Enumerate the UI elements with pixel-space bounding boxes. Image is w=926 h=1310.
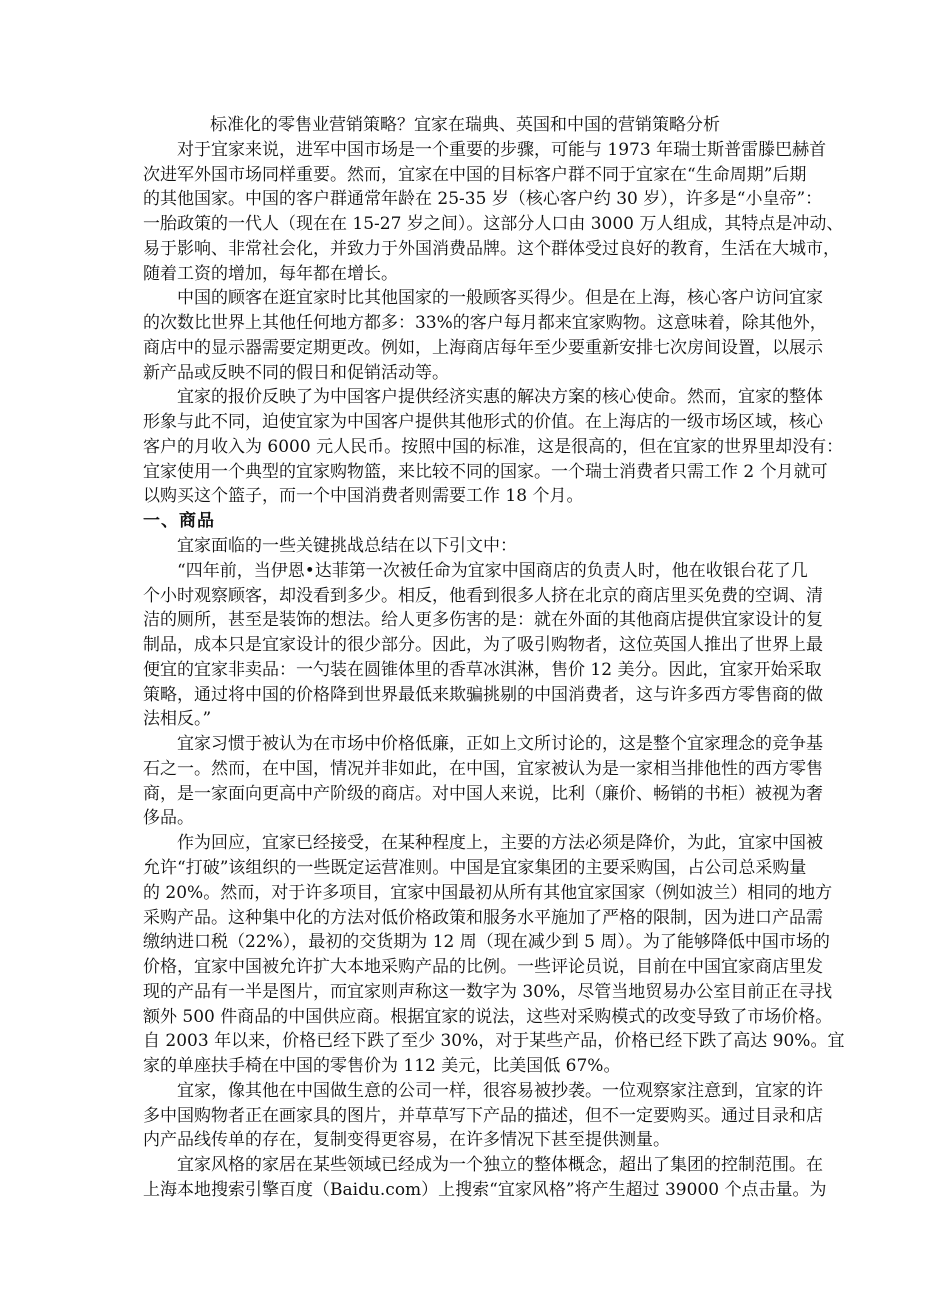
paragraph-line: 家的单座扶手椅在中国的零售价为 112 美元，比美国低 67%。 [143, 1054, 787, 1079]
paragraph-line: 新产品或反映不同的假日和促销活动等。 [143, 361, 787, 386]
paragraph-line: 内产品线传单的存在，复制变得更容易，在许多情况下甚至提供测量。 [143, 1128, 787, 1153]
paragraph-line: 商，是一家面向更高中产阶级的商店。对中国人来说，比利（廉价、畅销的书柜）被视为奢 [143, 782, 787, 807]
paragraph-line: 随着工资的增加，每年都在增长。 [143, 262, 787, 287]
paragraph-line: 上海本地搜索引擎百度（Baidu.com）上搜索“宜家风格”将产生超过 3900… [143, 1178, 787, 1203]
paragraph-line: 宜家面临的一些关键挑战总结在以下引文中： [143, 534, 787, 559]
paragraph-line: 额外 500 件商品的中国供应商。根据宜家的说法，这些对采购模式的改变导致了市场… [143, 1005, 787, 1030]
paragraph-line: 自 2003 年以来，价格已经下跌了至少 30%，对于某些产品，价格已经下跌了高… [143, 1029, 787, 1054]
paragraph: 宜家习惯于被认为在市场中价格低廉，正如上文所讨论的，这是整个宜家理念的竞争基石之… [143, 732, 787, 831]
paragraph-line: 中国的顾客在逛宜家时比其他国家的一般顾客买得少。但是在上海，核心客户访问宜家 [143, 286, 787, 311]
paragraph: 对于宜家来说，进军中国市场是一个重要的步骤，可能与 1973 年瑞士斯普雷滕巴赫… [143, 138, 787, 287]
paragraph-line: 次进军外国市场同样重要。然而，宜家在中国的目标客户群不同于宜家在“生命周期”后期 [143, 163, 787, 188]
paragraph-line: 侈品。 [143, 806, 787, 831]
paragraph-line: 宜家使用一个典型的宜家购物篮，来比较不同的国家。一个瑞士消费者只需工作 2 个月… [143, 460, 787, 485]
paragraph: 作为回应，宜家已经接受，在某种程度上，主要的方法必须是降价，为此，宜家中国被允许… [143, 831, 787, 1079]
paragraph: 宜家的报价反映了为中国客户提供经济实惠的解决方案的核心使命。然而，宜家的整体形象… [143, 385, 787, 509]
paragraph-line: 的次数比世界上其他任何地方都多：33%的客户每月都来宜家购物。这意味着，除其他外… [143, 311, 787, 336]
paragraph-line: 缴纳进口税（22%），最初的交货期为 12 周（现在减少到 5 周）。为了能够降… [143, 930, 787, 955]
paragraph-line: 个小时观察顾客，却没看到多少。相反，他看到很多人挤在北京的商店里买免费的空调、清 [143, 584, 787, 609]
paragraph-line: 洁的厕所，甚至是装饰的想法。给人更多伤害的是：就在外面的其他商店提供宜家设计的复 [143, 608, 787, 633]
body-after-heading: 宜家面临的一些关键挑战总结在以下引文中：“四年前，当伊恩•达菲第一次被任命为宜家… [143, 534, 787, 1203]
paragraph: 宜家风格的家居在某些领域已经成为一个独立的整体概念，超出了集团的控制范围。在上海… [143, 1153, 787, 1203]
paragraph-line: 形象与此不同，迫使宜家为中国客户提供其他形式的价值。在上海店的一级市场区域，核心 [143, 410, 787, 435]
paragraph-line: 多中国购物者正在画家具的图片，并草草写下产品的描述，但不一定要购买。通过目录和店 [143, 1104, 787, 1129]
paragraph-line: 商店中的显示器需要定期更改。例如，上海商店每年至少要重新安排七次房间设置，以展示 [143, 336, 787, 361]
paragraph-line: 的 20%。然而，对于许多项目，宜家中国最初从所有其他宜家国家（例如波兰）相同的… [143, 881, 787, 906]
paragraph-line: 允许“打破”该组织的一些既定运营准则。中国是宜家集团的主要采购国，占公司总采购量 [143, 856, 787, 881]
paragraph-line: 宜家的报价反映了为中国客户提供经济实惠的解决方案的核心使命。然而，宜家的整体 [143, 385, 787, 410]
paragraph-line: 易于影响、非常社会化，并致力于外国消费品牌。这个群体受过良好的教育，生活在大城市… [143, 237, 787, 262]
paragraph-line: 客户的月收入为 6000 元人民币。按照中国的标准，这是很高的，但在宜家的世界里… [143, 435, 787, 460]
paragraph-line: 宜家，像其他在中国做生意的公司一样，很容易被抄袭。一位观察家注意到，宜家的许 [143, 1079, 787, 1104]
paragraph: 宜家，像其他在中国做生意的公司一样，很容易被抄袭。一位观察家注意到，宜家的许多中… [143, 1079, 787, 1153]
paragraph-line: 作为回应，宜家已经接受，在某种程度上，主要的方法必须是降价，为此，宜家中国被 [143, 831, 787, 856]
document-title: 标准化的零售业营销策略？宜家在瑞典、英国和中国的营销策略分析 [143, 113, 787, 138]
body-before-heading: 对于宜家来说，进军中国市场是一个重要的步骤，可能与 1973 年瑞士斯普雷滕巴赫… [143, 138, 787, 509]
paragraph: 宜家面临的一些关键挑战总结在以下引文中： [143, 534, 787, 559]
paragraph-line: 法相反。” [143, 707, 787, 732]
paragraph-line: 采购产品。这种集中化的方法对低价格政策和服务水平施加了严格的限制，因为进口产品需 [143, 906, 787, 931]
paragraph-line: 宜家风格的家居在某些领域已经成为一个独立的整体概念，超出了集团的控制范围。在 [143, 1153, 787, 1178]
paragraph-line: 石之一。然而，在中国，情况并非如此，在中国，宜家被认为是一家相当排他性的西方零售 [143, 757, 787, 782]
paragraph-line: 价格，宜家中国被允许扩大本地采购产品的比例。一些评论员说，目前在中国宜家商店里发 [143, 955, 787, 980]
paragraph: 中国的顾客在逛宜家时比其他国家的一般顾客买得少。但是在上海，核心客户访问宜家的次… [143, 286, 787, 385]
paragraph-line: 以购买这个篮子，而一个中国消费者则需要工作 18 个月。 [143, 484, 787, 509]
section-heading: 一、商品 [143, 509, 787, 534]
paragraph-line: 便宜的宜家非卖品：一勺装在圆锥体里的香草冰淇淋，售价 12 美分。因此，宜家开始… [143, 658, 787, 683]
paragraph-line: 策略，通过将中国的价格降到世界最低来欺骗挑剔的中国消费者，这与许多西方零售商的做 [143, 683, 787, 708]
paragraph-line: 的其他国家。中国的客户群通常年龄在 25-35 岁（核心客户约 30 岁），许多… [143, 187, 787, 212]
paragraph-line: 宜家习惯于被认为在市场中价格低廉，正如上文所讨论的，这是整个宜家理念的竞争基 [143, 732, 787, 757]
paragraph-line: “四年前，当伊恩•达菲第一次被任命为宜家中国商店的负责人时，他在收银台花了几 [143, 559, 787, 584]
document-page: 标准化的零售业营销策略？宜家在瑞典、英国和中国的营销策略分析 对于宜家来说，进军… [143, 113, 787, 1203]
paragraph-line: 一胎政策的一代人（现在在 15-27 岁之间）。这部分人口由 3000 万人组成… [143, 212, 787, 237]
paragraph-line: 现的产品有一半是图片，而宜家则声称这一数字为 30%，尽管当地贸易办公室目前正在… [143, 980, 787, 1005]
paragraph: “四年前，当伊恩•达菲第一次被任命为宜家中国商店的负责人时，他在收银台花了几个小… [143, 559, 787, 732]
paragraph-line: 对于宜家来说，进军中国市场是一个重要的步骤，可能与 1973 年瑞士斯普雷滕巴赫… [143, 138, 787, 163]
paragraph-line: 制品，成本只是宜家设计的很少部分。因此，为了吸引购物者，这位英国人推出了世界上最 [143, 633, 787, 658]
